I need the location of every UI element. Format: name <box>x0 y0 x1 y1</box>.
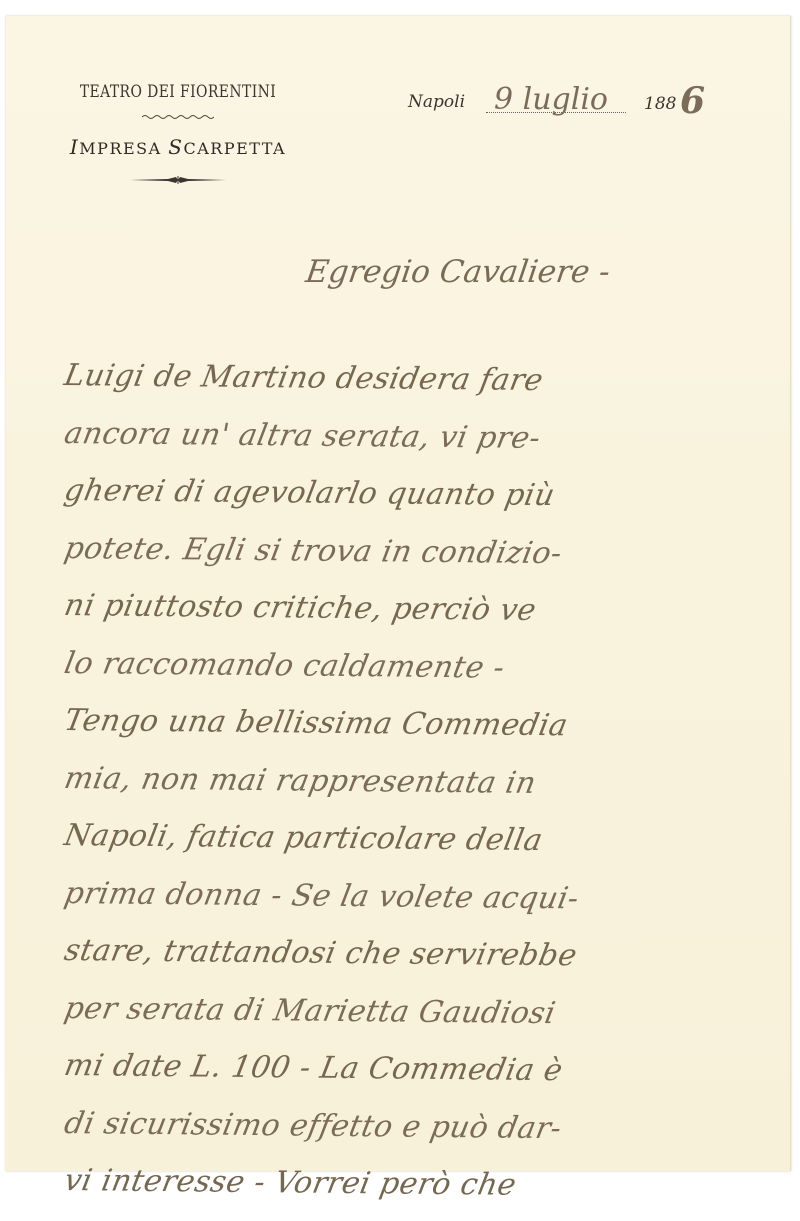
letter-page: TEATRO DEI FIORENTINI IMPRESA SCARPETTA … <box>6 16 791 1171</box>
letter-line: Luigi de Martino desidera fare <box>59 351 778 416</box>
letter-line: prima donna - Se la volete acqui- <box>59 869 778 934</box>
letter-line: potete. Egli si trova in condizio- <box>59 524 778 589</box>
letter-line: gherei di agevolarlo quanto più <box>59 466 778 531</box>
letter-line: lo raccomando caldamente - <box>59 639 778 704</box>
letter-line: stare, trattandosi che servirebbe <box>59 926 778 991</box>
wavy-rule-ornament-icon <box>142 114 214 120</box>
letter-line: ancora un' altra serata, vi pre- <box>59 409 778 474</box>
letterhead-company: IMPRESA SCARPETTA <box>58 135 298 159</box>
flourish-divider-icon <box>128 175 228 185</box>
letter-body: Luigi de Martino desidera fare ancora un… <box>64 351 774 1191</box>
company-initial-i: I <box>70 135 79 159</box>
letter-line: ni piuttosto critiche, perciò ve <box>59 581 778 646</box>
letter-line: Napoli, fatica particolare della <box>59 811 778 876</box>
dateline-place: Napoli <box>408 92 465 112</box>
dateline: Napoli 9 luglio 188 6 <box>408 86 748 126</box>
dateline-day-month: 9 luglio <box>494 82 608 117</box>
letter-line: mia, non mai rappresentata in <box>59 754 778 819</box>
letter-line: Tengo una bellissima Commedia <box>59 696 778 761</box>
letterhead-title: TEATRO DEI FIORENTINI <box>80 82 277 102</box>
letter-line: per serata di Marietta Gaudiosi <box>59 984 778 1049</box>
salutation: Egregio Cavaliere - <box>303 254 612 290</box>
company-word-1: MPRESA <box>79 139 168 158</box>
dateline-year-printed: 188 <box>644 94 676 114</box>
letter-line: mi date L. 100 - La Commedia è <box>59 1041 778 1106</box>
company-initial-s: S <box>168 135 183 159</box>
company-word-2: CARPETTA <box>183 139 286 158</box>
letterhead: TEATRO DEI FIORENTINI IMPRESA SCARPETTA <box>58 82 298 190</box>
letter-line: di sicurissimo effetto e può dar- <box>59 1099 778 1164</box>
dateline-year-handwritten: 6 <box>680 80 705 122</box>
